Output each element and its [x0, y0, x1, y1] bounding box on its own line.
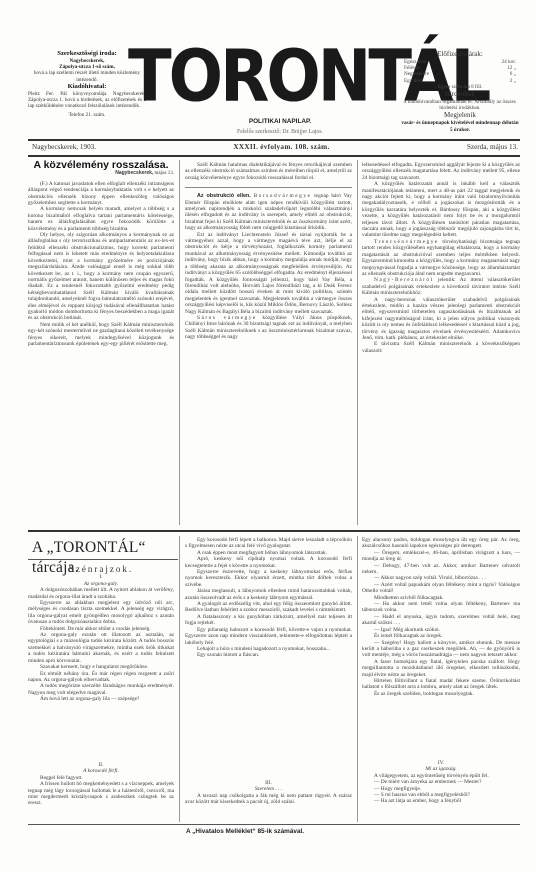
- article-paragraph: Sáros vármegye közgyűlése Vályi János pü…: [185, 315, 352, 341]
- lead-article: A közvélemény rosszalása. Nagybecskerek,…: [28, 160, 174, 522]
- story-paragraph: Az orgona-galy ezután ott illatozott az …: [28, 632, 174, 664]
- news-text: tegnap báró Vay Elemér főispán elnöklete…: [185, 193, 352, 231]
- news-text: törvényhatósági bizottsága tegnap tartot…: [362, 239, 520, 277]
- article-paragraph: E táviratra Széll Kálmán miniszterelnök …: [362, 341, 520, 354]
- story-paragraph: Egy pillanatig habozott a korosodó férfi…: [185, 627, 352, 646]
- price-value: 2 „: [510, 78, 516, 84]
- feuilleton-column-3: Egy alacsony padon, boldogan mosolyogva …: [362, 537, 520, 717]
- story-paragraph: Egyszerre az ablakban megjelent egy üdvö…: [28, 600, 174, 626]
- story-paragraph: A tavaszi nap csókolgatta a fák még ki n…: [185, 793, 352, 806]
- divider: [28, 155, 520, 157]
- feuilleton-column-1-cont: II. A koroscdó férfi. Reggel felé fagyot…: [28, 762, 174, 822]
- masthead-right-info: Előfizetési árak: Egész évre24 kor. Félé…: [400, 50, 520, 133]
- news-place: Nagy-Bereznáról: [374, 277, 434, 283]
- right-column: lelkesedéssel elfogadta. Egyszersmind ag…: [362, 162, 520, 524]
- news-title: Az obstrukció ellen.: [197, 193, 251, 199]
- place-year: Nagybecskerek, 1903.: [32, 143, 96, 151]
- story-paragraph: A fiatalasszony a kis gunyhóban zárkózot…: [185, 614, 352, 627]
- news-county: Trencsénvármegye: [374, 239, 439, 245]
- price-label: Egy hóra: [404, 78, 423, 84]
- story-paragraph: — Ha azt látja az ember, hogy a fényből: [362, 798, 520, 804]
- byline-place: Nagybecskerek,: [115, 170, 153, 176]
- column-divider: [357, 536, 358, 822]
- divider: [28, 139, 520, 141]
- divider: [28, 824, 520, 825]
- appears-heading: Megjelenik: [400, 111, 520, 120]
- article-byline: Nagybecskerek, május 13.: [28, 170, 174, 177]
- divider: [185, 187, 352, 188]
- story-paragraph: Ám hová lett az orgona-galy lila — széps…: [28, 696, 174, 702]
- story-paragraph: — Ha akkor nem lettél volna olyan félték…: [362, 601, 520, 614]
- supplement-note: A „Hivatalos Melléklet“ 85-ik számával.: [186, 828, 304, 835]
- feuilleton-column-2: Egy korosodó férfi lépett a balkonra. Ma…: [185, 537, 352, 777]
- article-paragraph: lelkesedéssel elfogadta. Egyszersmind ag…: [362, 162, 520, 181]
- story-paragraph: — Dehogy, 47-ben volt az. Akkor, amikor …: [362, 563, 520, 576]
- article-paragraph: Oly helyes, oly szigorúan alkotmányos a …: [28, 232, 174, 322]
- news-item: Az obstrukció ellen. Borsodvármegye tegn…: [185, 193, 352, 231]
- appears-text: vasár- és ünnepnapok kivételével mindenn…: [400, 120, 520, 132]
- feuilleton-column-1: Szénrajzok. I. Az orgona-galy. A dolgozó…: [28, 562, 174, 762]
- divider: [28, 559, 178, 560]
- issue-date: Szerda, május 13.: [467, 143, 518, 151]
- story-paragraph: Egy alacsony padon, boldogan mosolyogva …: [362, 537, 520, 550]
- article-headline: A közvélemény rosszalása.: [28, 162, 174, 168]
- story-paragraph: Hirtelen föltívillant a fiatal madár fek…: [362, 678, 520, 691]
- ads-heading: Hirdetések: [400, 90, 520, 99]
- story-paragraph: A tudós megőrizte szerzélté fáradságos m…: [28, 683, 174, 696]
- story-paragraph: — Hadd el anyuska, úgyis tudom, szerelme…: [362, 614, 520, 627]
- news-county: Sáros vármegye: [197, 315, 257, 321]
- article-paragraph: Ezt az indítványt Liechtenstein József é…: [185, 232, 352, 315]
- byline-date: május 13.: [155, 171, 174, 176]
- telegram-text: A nagy-bereznai választókerület szabadel…: [362, 297, 520, 342]
- story-paragraph: Ez elmúlt néhány óra. És már régen régen…: [28, 671, 174, 684]
- volume-issue: XXXII. évfolyam. 108. szám.: [233, 143, 329, 151]
- story-paragraph: A frissen hullott hó megkeményedett s a …: [28, 781, 174, 807]
- news-county: Borsodvármegye: [254, 193, 312, 199]
- ads-text: a kiadóhivatalban fogadtatnak el. Árszab…: [400, 99, 520, 111]
- article-paragraph: Trencsénvármegye törvényhatósági bizotts…: [362, 239, 520, 277]
- series-title: Szénrajzok.: [28, 566, 174, 572]
- story-paragraph: Egy szonán hintott a fiáscan.: [185, 652, 352, 658]
- story-paragraph: — Öregem, emlékszel-e, 46-ban, áprilisba…: [362, 550, 520, 563]
- story-paragraph: Egy korosodó férfi lépett a balkonra. Ma…: [185, 537, 352, 550]
- newspaper-page: Szerkesztőségi iroda: Nagybecskerek, Záp…: [0, 0, 535, 873]
- story-paragraph: — Azért voltál papuskám olyan féltékeny …: [362, 582, 520, 595]
- story-paragraph: Járása meglassult, a lábnyomok ellenben …: [185, 588, 352, 601]
- feuilleton-divider: [28, 530, 520, 532]
- article-paragraph: (F.) A katonai javaslatok ellen elfoglal…: [28, 181, 174, 207]
- responsible-editor: Felelős szerkesztő: Dr. Bräjjer Lajos.: [180, 129, 380, 135]
- subscription-heading: Előfizetési árak:: [400, 50, 520, 59]
- column-divider: [179, 160, 180, 525]
- story-paragraph: A gyalogút az erdőszélig vitt, ahol egy …: [185, 601, 352, 614]
- story-paragraph: Egyszerre észrevette, hogy a keskeny láb…: [185, 569, 352, 588]
- article-paragraph: Széll Kálmán hatalmas dialektikájával és…: [185, 162, 352, 181]
- dateline: Nagybecskerek, 1903. XXXII. évfolyam. 10…: [32, 143, 518, 151]
- column-divider: [179, 536, 180, 822]
- newspaper-title: TORONTÁL: [128, 38, 398, 116]
- story-paragraph: — Szegény! Hogy hallott a könyvre, amiko…: [362, 640, 520, 659]
- article-paragraph: A kormány nemcsak helyén maradt, amelyet…: [28, 206, 174, 232]
- article-paragraph: Nagy-Bereznáról jelentik: Az ittemi vála…: [362, 277, 520, 296]
- article-paragraph: A közgyűlés határozatát annál is inkább …: [362, 181, 520, 239]
- story-paragraph: Apró, keskeny női cipőtalp nyomai voltak…: [185, 556, 352, 569]
- middle-column: Széll Kálmán hatalmas dialektikájával és…: [185, 162, 352, 524]
- story-paragraph: A dolgozószobában mellett ült. A nyitott…: [28, 587, 174, 600]
- newspaper-subtitle: POLITIKAI NAPILAP.: [180, 118, 380, 125]
- feuilleton-column-3-cont: IV. Mi az igazság. A világegyetem, az eg…: [362, 760, 520, 822]
- column-divider: [357, 160, 358, 525]
- article-paragraph: Nem múlik el hét anélkül, hogy Széll Kál…: [28, 322, 174, 348]
- story-paragraph: És az öregek szelíden, boldogan mosolyog…: [362, 691, 520, 697]
- feuilleton-column-2-cont: III. Szerelem . . . A tavaszi nap csókol…: [185, 780, 352, 822]
- story-paragraph: A fasor homokjára egy fiatal, igénytelen…: [362, 659, 520, 678]
